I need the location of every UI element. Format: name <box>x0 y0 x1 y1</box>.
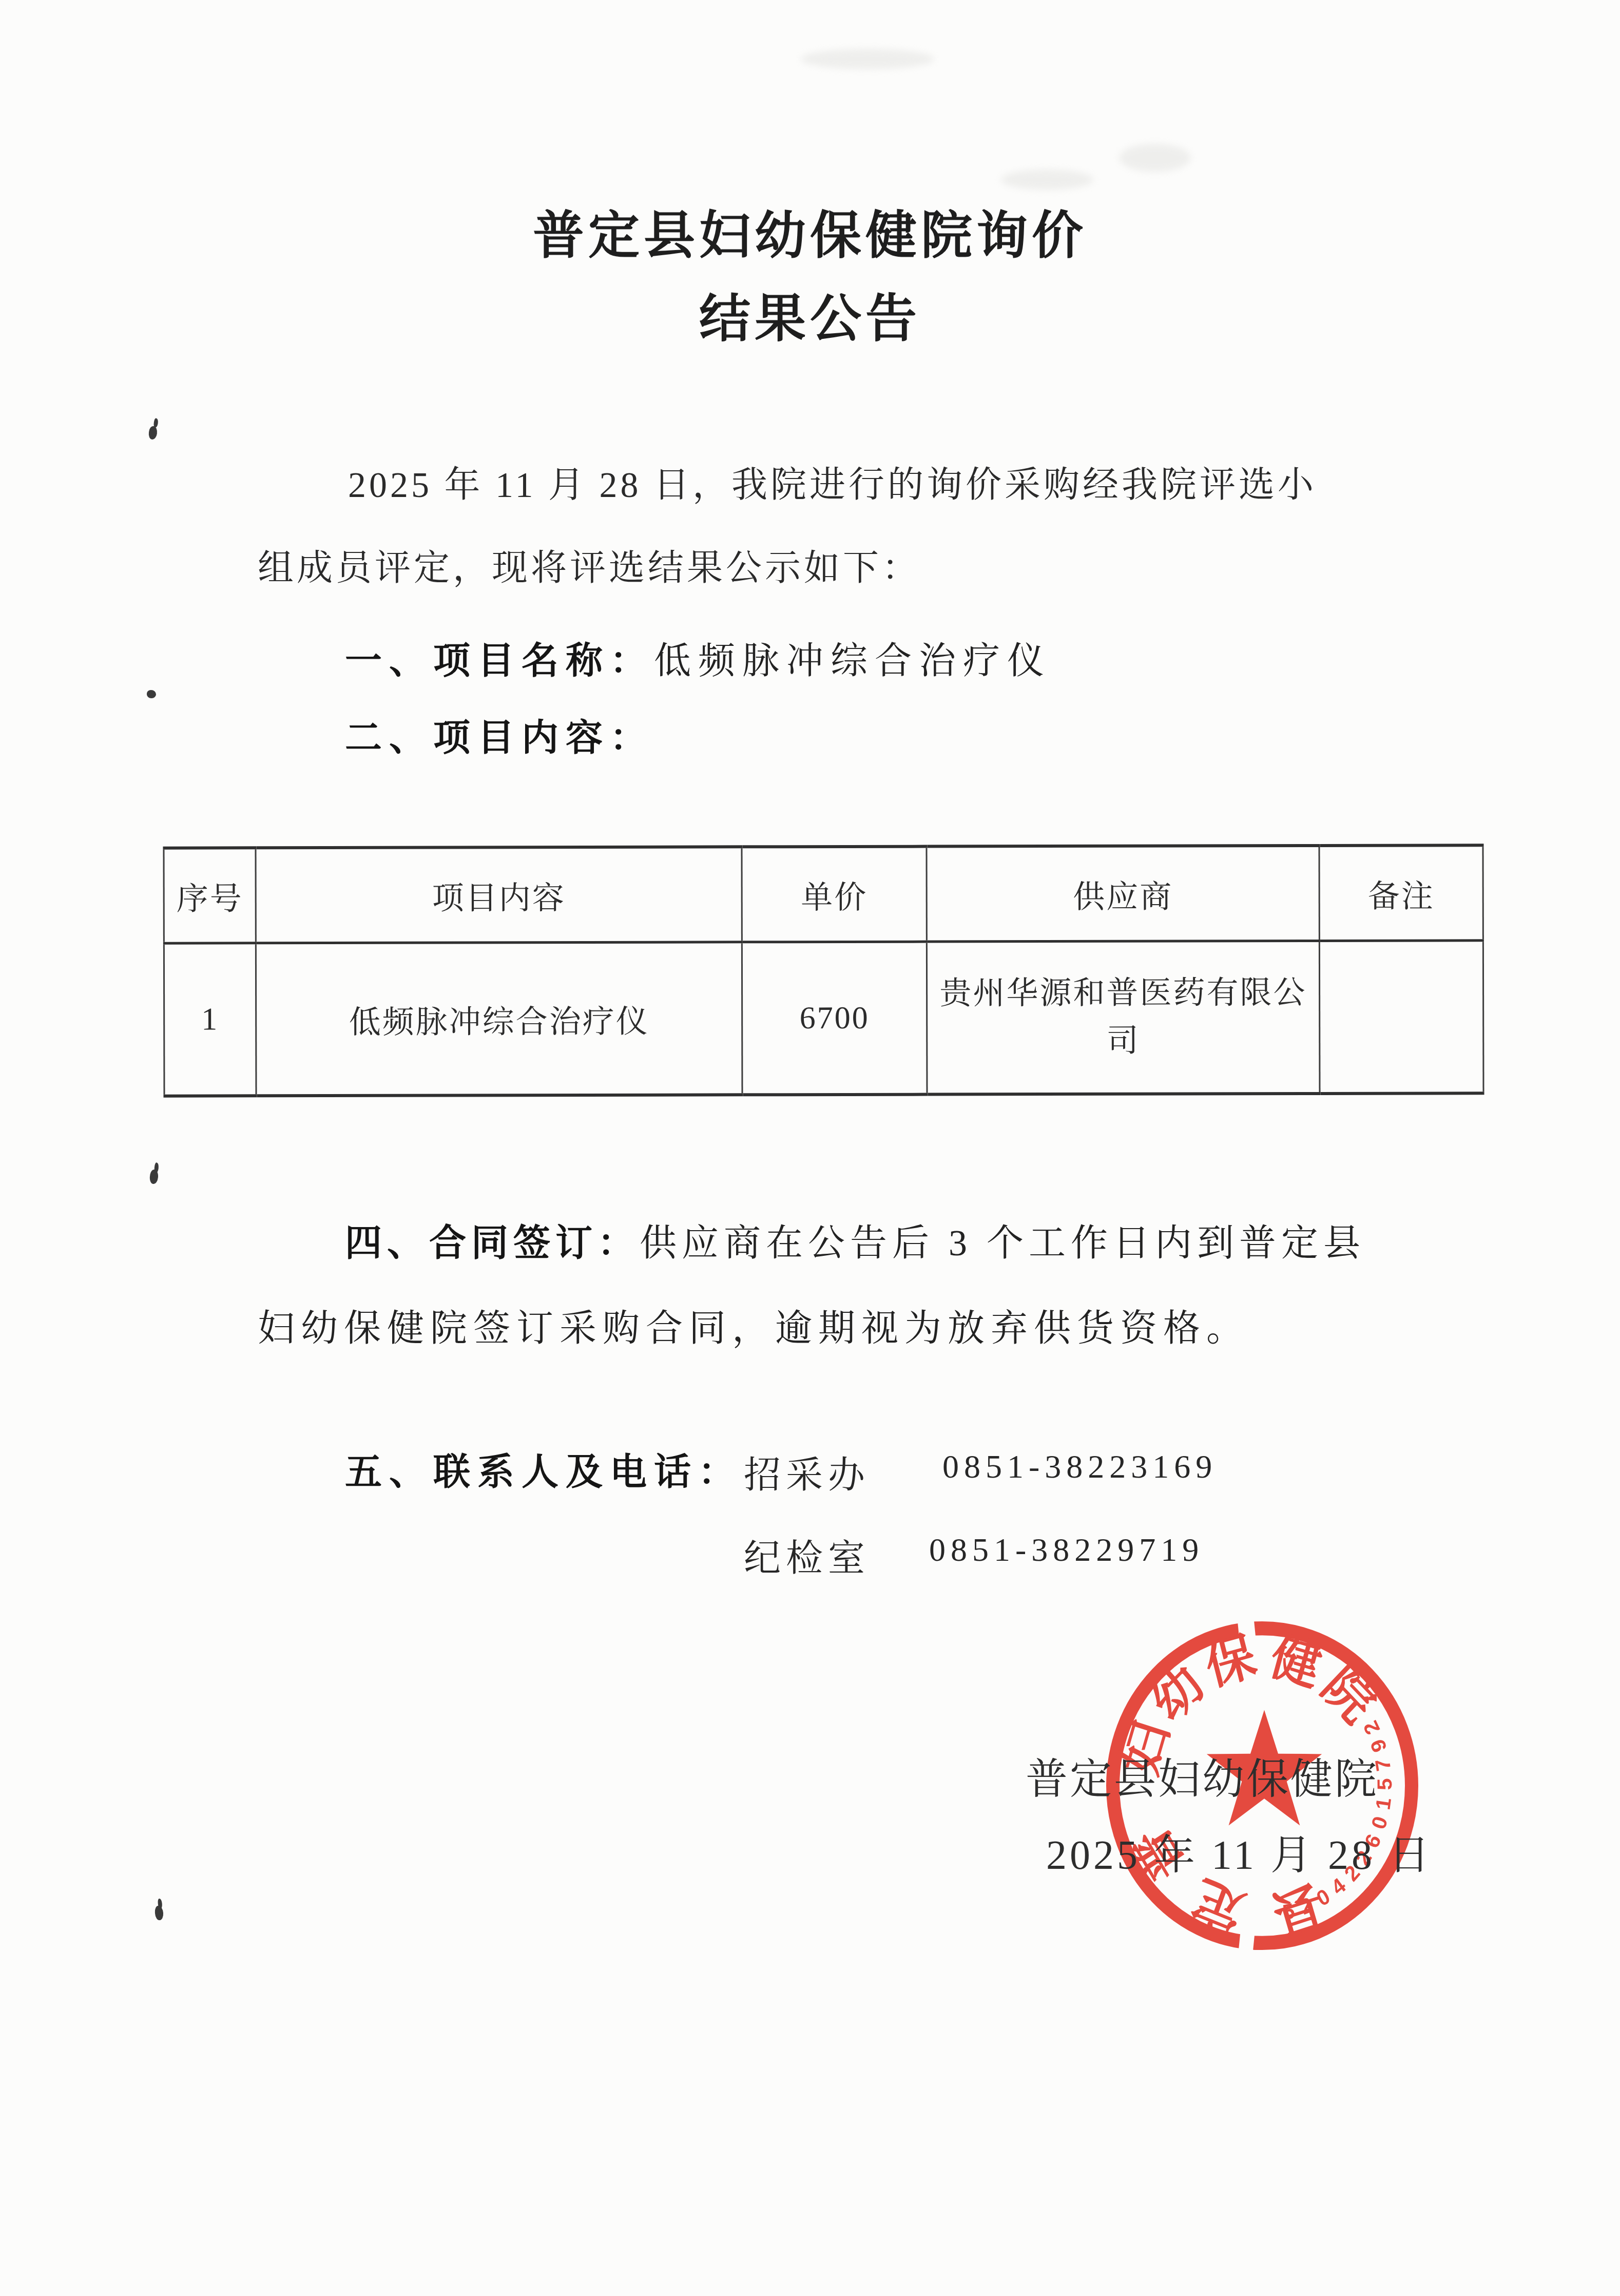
scan-smudge <box>801 49 934 69</box>
section-contract-text1: 供应商在公告后 3 个工作日内到普定县 <box>640 1222 1365 1264</box>
result-table-container: 序号 项目内容 单价 供应商 备注 1 低频脉冲综合治疗仪 6700 贵州华源和… <box>163 844 1484 1097</box>
section-contract-line1: 四、合同签订：供应商在公告后 3 个工作日内到普定县 <box>345 1213 1365 1266</box>
col-header-unit-price: 单价 <box>742 847 927 942</box>
seal-ring-char: 幼 <box>1141 1655 1214 1732</box>
intro-paragraph-line2: 组成员评定，现将评选结果公示如下： <box>258 539 921 591</box>
ink-speck <box>147 690 156 698</box>
ink-speck <box>155 1905 164 1920</box>
contact2-phone: 0851-38229719 <box>929 1531 1204 1569</box>
section-project-name: 一、项目名称：低频脉冲综合治疗仪 <box>345 630 1051 684</box>
scanned-announcement-page: 普定县妇幼保健院询价 结果公告 2025 年 11 月 28 日，我院进行的询价… <box>0 0 1620 2296</box>
col-header-supplier: 供应商 <box>927 846 1319 942</box>
col-header-remark: 备注 <box>1319 845 1483 941</box>
contact1-name: 招采办 <box>744 1445 870 1498</box>
section-project-name-value: 低频脉冲综合治疗仪 <box>654 640 1051 681</box>
col-header-content: 项目内容 <box>256 847 742 943</box>
col-header-index: 序号 <box>164 848 256 943</box>
scan-smudge <box>1119 144 1191 172</box>
section-project-content: 二、项目内容： <box>345 707 654 761</box>
section-contract-text2: 妇幼保健院签订采购合同，逾期视为放弃供货资格。 <box>258 1308 1249 1349</box>
section-project-name-label: 一、项目名称： <box>345 640 654 681</box>
signature-date-text: 2025 年 11 月 28 日 <box>1046 1822 1433 1881</box>
doc-title-line1: 普定县妇幼保健院询价 <box>0 194 1620 268</box>
section-contract-line2: 妇幼保健院签订采购合同，逾期视为放弃供货资格。 <box>258 1298 1249 1351</box>
signature-org-text: 普定县妇幼保健院 <box>1026 1746 1379 1806</box>
cell-index: 1 <box>164 943 256 1096</box>
result-table: 序号 项目内容 单价 供应商 备注 1 低频脉冲综合治疗仪 6700 贵州华源和… <box>163 844 1484 1097</box>
ink-speck <box>149 1169 159 1184</box>
intro-paragraph-line1: 2025 年 11 月 28 日，我院进行的询价采购经我院评选小 <box>348 456 1317 508</box>
section-contacts-label: 五、联系人及电话： <box>345 1442 742 1495</box>
cell-unit-price: 6700 <box>742 942 927 1095</box>
scan-smudge <box>1001 169 1093 190</box>
contact1-phone: 0851-38223169 <box>942 1448 1217 1486</box>
doc-title-line2: 结果公告 <box>0 277 1620 351</box>
section-contract-label: 四、合同签订： <box>345 1222 640 1264</box>
contact2-name: 纪检室 <box>744 1528 870 1581</box>
cell-remark <box>1319 941 1483 1094</box>
table-row: 1 低频脉冲综合治疗仪 6700 贵州华源和普医药有限公司 <box>164 941 1483 1096</box>
ink-speck <box>148 426 158 440</box>
section-project-content-label: 二、项目内容： <box>345 717 654 758</box>
cell-supplier: 贵州华源和普医药有限公司 <box>927 941 1320 1094</box>
cell-content: 低频脉冲综合治疗仪 <box>256 942 742 1096</box>
table-header-row: 序号 项目内容 单价 供应商 备注 <box>164 845 1483 943</box>
